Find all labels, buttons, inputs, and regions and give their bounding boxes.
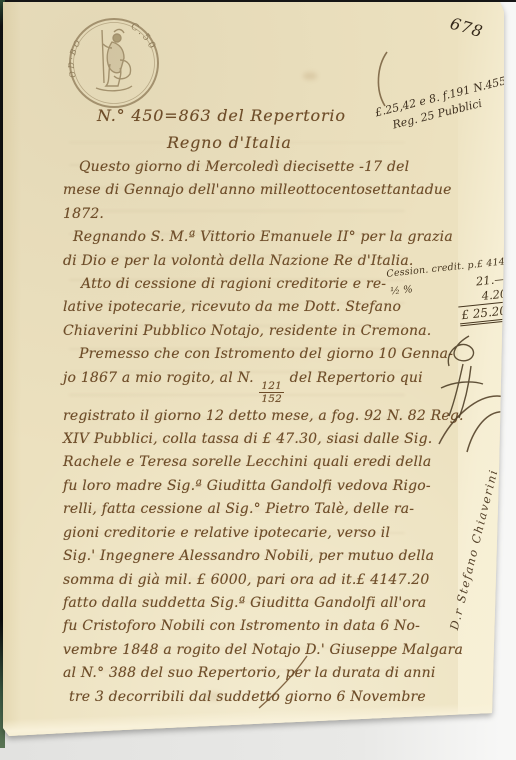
stamp-legend-left: OD·BO bbox=[67, 37, 84, 79]
manuscript-line: fu loro madre Sig.ª Giuditta Gandolfi ve… bbox=[63, 475, 415, 498]
manuscript-line: registrato il giorno 12 detto mese, a fo… bbox=[63, 405, 415, 428]
svg-text:C.50: C.50 bbox=[128, 21, 158, 53]
manuscript-line: gioni creditorie e relative ipotecarie, … bbox=[63, 522, 415, 545]
pen-tail-flourish bbox=[251, 654, 313, 716]
stamp-denomination: C.50 bbox=[128, 21, 158, 53]
manuscript-line: di Dio e per la volontà della Nazione Re… bbox=[63, 250, 415, 273]
manuscript-line: 1872. bbox=[63, 203, 415, 226]
repertory-fraction: 121152 bbox=[259, 381, 284, 405]
manuscript-line: fatto dalla suddetta Sig.ª Giuditta Gand… bbox=[63, 592, 415, 615]
manuscript-line: Chiaverini Pubblico Notajo, residente in… bbox=[63, 320, 415, 343]
manuscript-line: Questo giorno di Mercoledì diecisette -1… bbox=[63, 156, 415, 179]
paper-sheet-wrap: OD·BO C.50 678 N.° 450=863 del Repertori… bbox=[3, 2, 506, 744]
manuscript-line: relli, fatta cessione al Sig.° Pietro Ta… bbox=[63, 498, 415, 521]
svg-text:OD·BO: OD·BO bbox=[67, 37, 84, 79]
manuscript-line: XIV Pubblici, colla tassa di £ 47.30, si… bbox=[63, 428, 415, 451]
manuscript-line: lative ipotecarie, ricevuto da me Dott. … bbox=[63, 296, 415, 319]
manuscript-line: fu Cristoforo Nobili con Istromento in d… bbox=[63, 615, 415, 638]
manuscript-line: Atto di cessione di ragioni creditorie e… bbox=[63, 273, 415, 296]
scanned-document-page: OD·BO C.50 678 N.° 450=863 del Repertori… bbox=[0, 0, 516, 760]
manuscript-line: vembre 1848 a rogito del Notajo D.' Gius… bbox=[63, 639, 415, 662]
manuscript-line: Sig.' Ingegnere Alessandro Nobili, per m… bbox=[63, 545, 415, 568]
manuscript-line: somma di già mil. £ 6000, pari ora ad it… bbox=[63, 569, 415, 592]
kingdom-heading: Regno d'Italia bbox=[63, 129, 415, 156]
tax-rate: ½ % bbox=[390, 284, 413, 297]
manuscript-line: Rachele e Teresa sorelle Lecchini quali … bbox=[63, 451, 415, 474]
manuscript-body: N.° 450=863 del Repertorio Regno d'Itali… bbox=[63, 102, 415, 709]
margin-tax-calculation: Cession. credit. p.£ 4147.20 ½ % 21.— 4.… bbox=[386, 255, 516, 333]
manuscript-line: Regnando S. M.ª Vittorio Emanuele II° pe… bbox=[63, 226, 415, 249]
foxing-spot bbox=[303, 72, 317, 80]
signature-flourish bbox=[433, 386, 516, 462]
manuscript-line: tre 3 decorribili dal suddetto giorno 6 … bbox=[63, 686, 415, 709]
revenue-stamp: OD·BO C.50 bbox=[64, 15, 164, 113]
manuscript-line: mese di Gennajo dell'anno milleottocento… bbox=[63, 179, 415, 202]
manuscript-line: al N.° 388 del suo Repertorio, per la du… bbox=[63, 662, 415, 685]
paper-sheet: OD·BO C.50 678 N.° 450=863 del Repertori… bbox=[3, 2, 506, 742]
seated-figure-icon bbox=[96, 29, 132, 90]
manuscript-line-with-fraction: jo 1867 a mio rogito, al N. 121152 del R… bbox=[63, 367, 415, 405]
manuscript-line: Premesso che con Istromento del giorno 1… bbox=[63, 343, 415, 366]
repertory-number-heading: N.° 450=863 del Repertorio bbox=[63, 102, 415, 129]
tax-total: £ 25.20 bbox=[458, 301, 510, 326]
